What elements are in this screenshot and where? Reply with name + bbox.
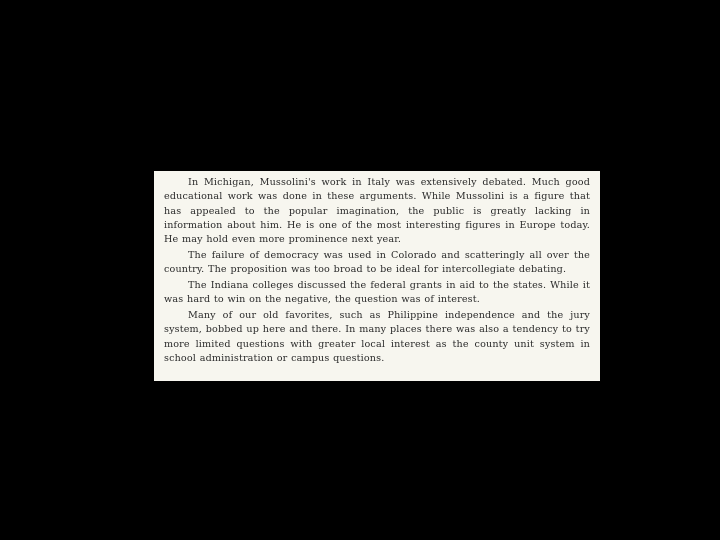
- paragraph-michigan: In Michigan, Mussolini's work in Italy w…: [164, 176, 590, 247]
- paragraph-democracy: The failure of democracy was used in Col…: [164, 249, 590, 278]
- scanned-page: In Michigan, Mussolini's work in Italy w…: [154, 171, 600, 381]
- paragraph-indiana: The Indiana colleges discussed the feder…: [164, 279, 590, 308]
- paragraph-favorites: Many of our old favorites, such as Phili…: [164, 309, 590, 366]
